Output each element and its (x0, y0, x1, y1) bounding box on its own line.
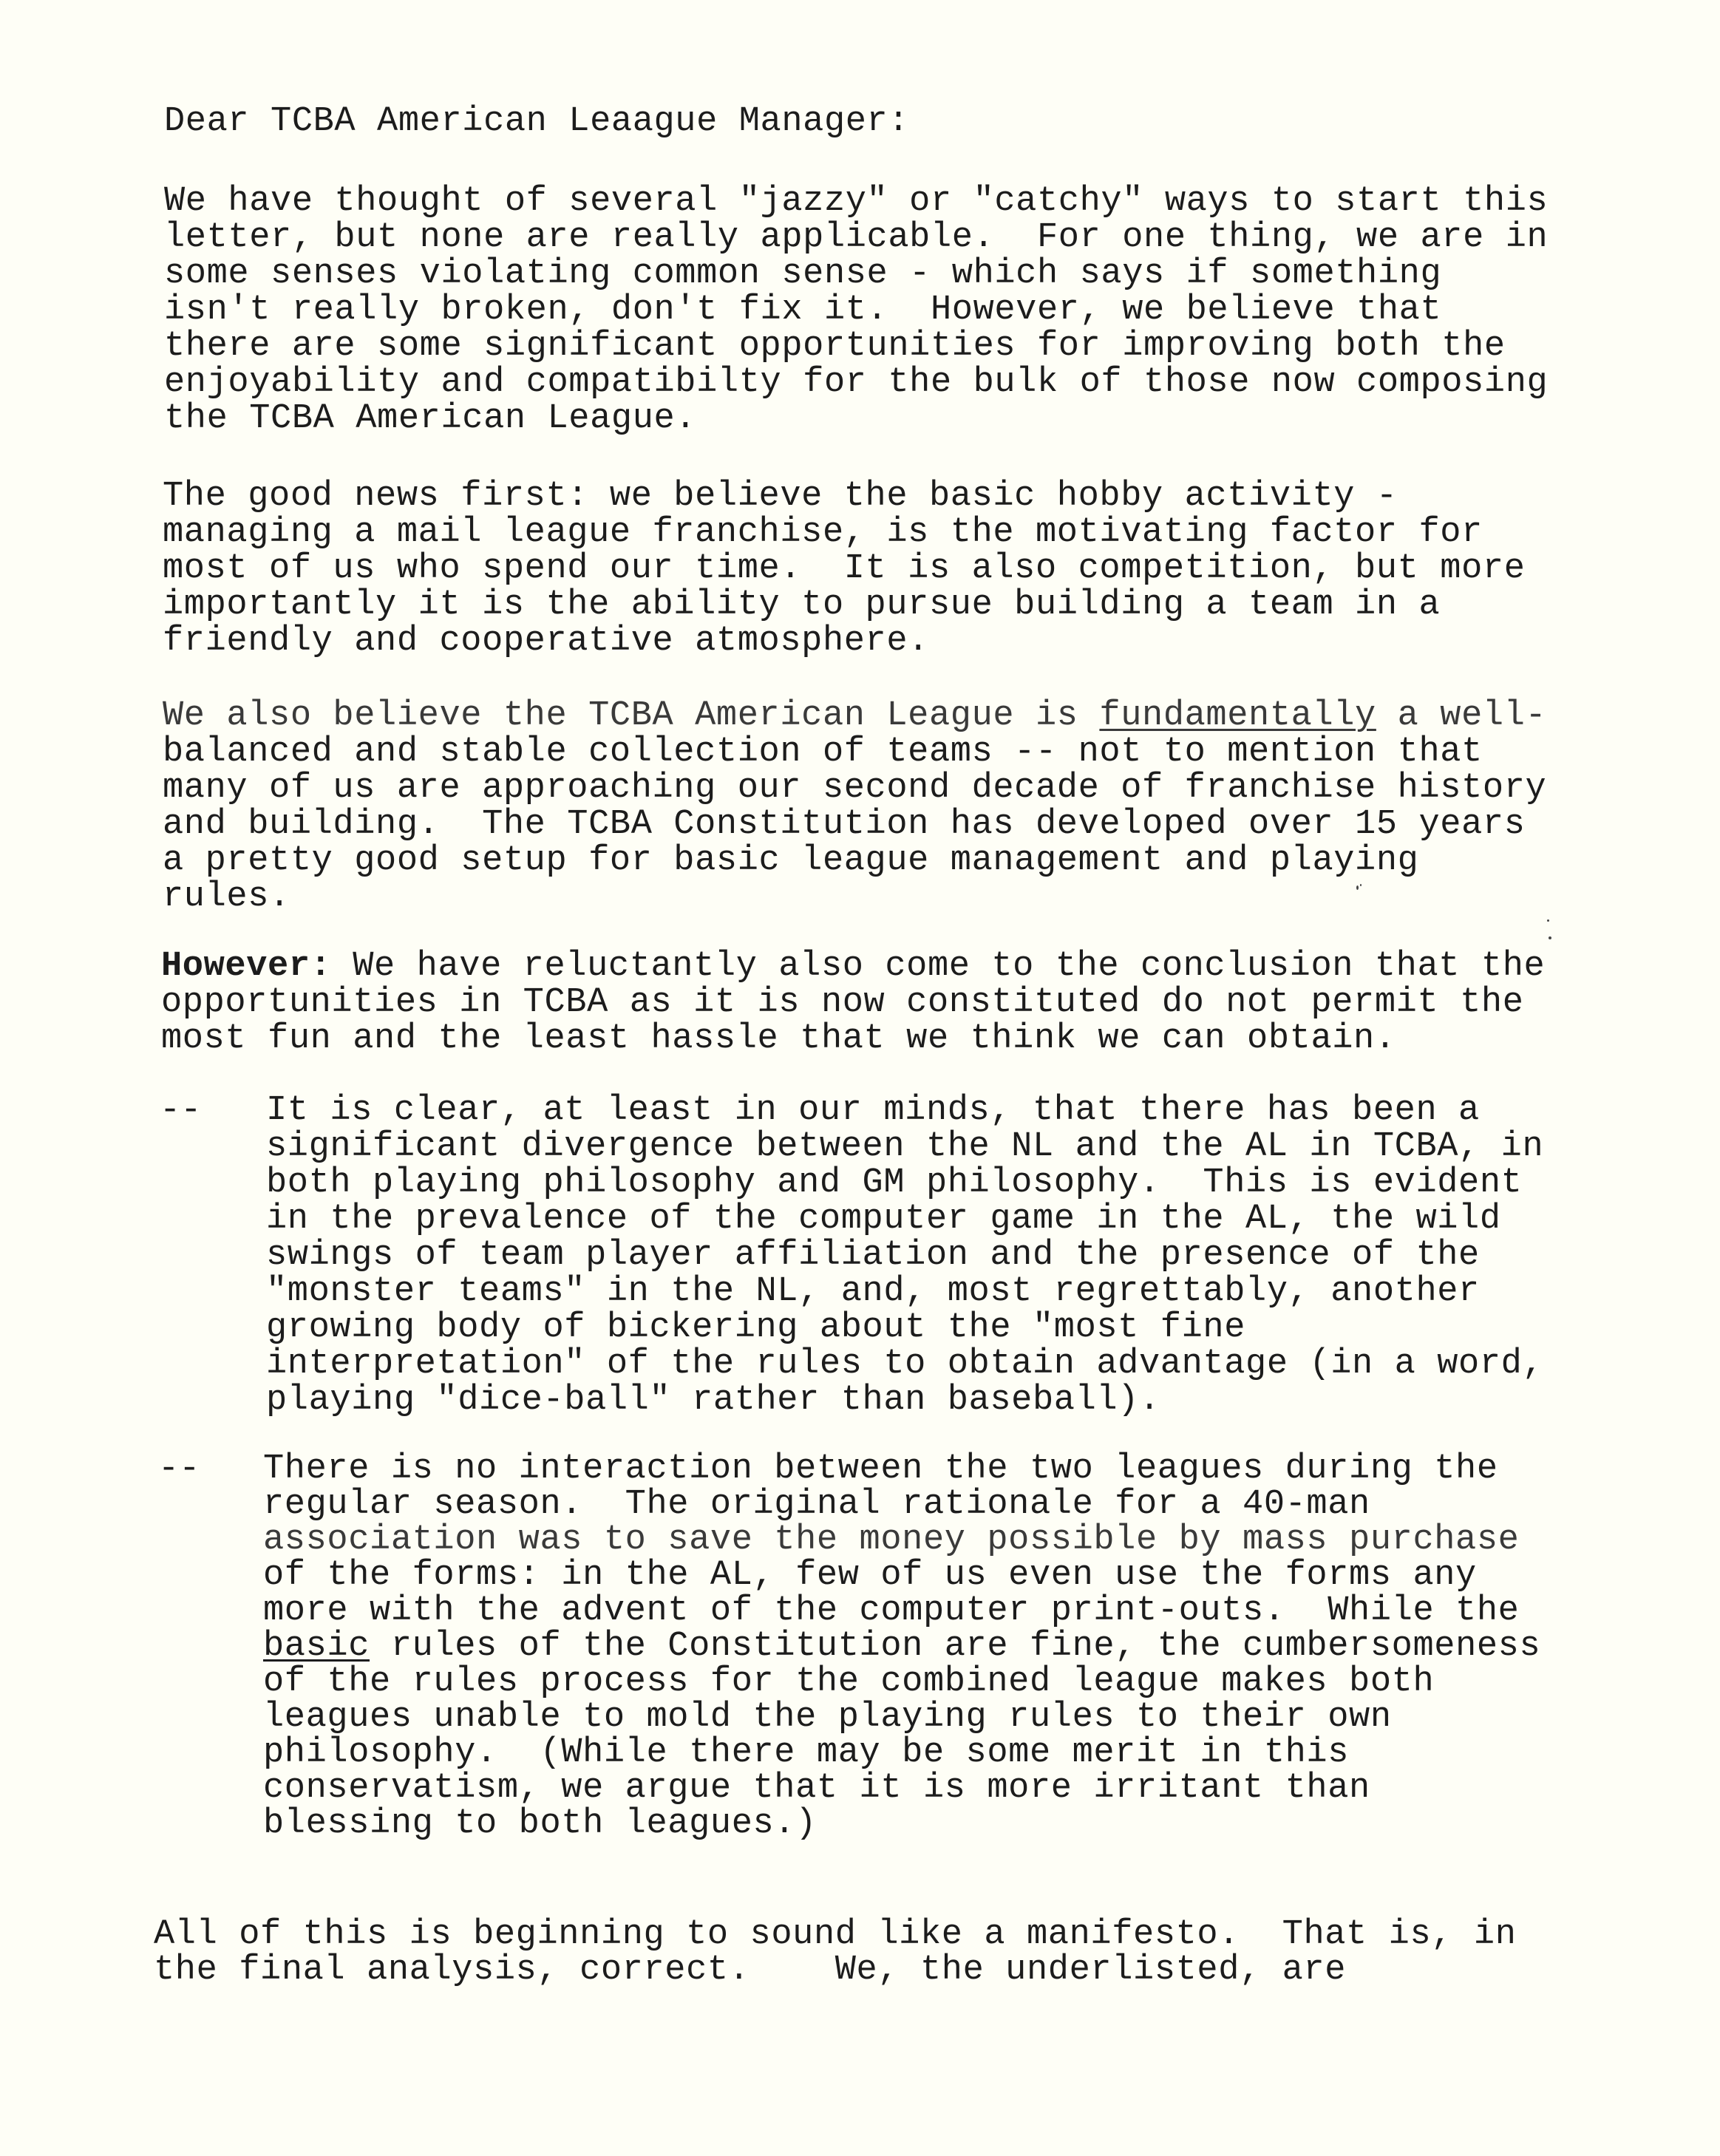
bullet-line: blessing to both leagues.) (263, 1806, 817, 1843)
bullet-line: association was to save the money possib… (263, 1522, 1519, 1559)
bullet-line: of the forms: in the AL, few of us even … (263, 1557, 1477, 1594)
paragraph-line: letter, but none are really applicable. … (164, 220, 1548, 256)
paragraph-line: isn't really broken, don't fix it. Howev… (164, 292, 1441, 329)
bullet-line: conservatism, we argue that it is more i… (263, 1770, 1370, 1807)
bold-lead-word: However: (161, 947, 331, 986)
bullet-line: regular season. The original rationale f… (263, 1486, 1370, 1523)
paragraph-line: a pretty good setup for basic league man… (163, 843, 1418, 880)
text-segment: We also believe the TCBA American League… (163, 696, 1099, 735)
text-segment: rules of the Constitution are fine, the … (370, 1627, 1540, 1666)
paragraph-line: friendly and cooperative atmosphere. (163, 623, 929, 660)
bullet-line: philosophy. (While there may be some mer… (263, 1735, 1349, 1772)
underlined-word: basic (263, 1627, 370, 1666)
scan-speck (1360, 884, 1362, 886)
letter-page: Dear TCBA American Leaague Manager: We h… (0, 0, 1720, 2156)
bullet-line: significant divergence between the NL an… (266, 1129, 1543, 1166)
bullet-line: of the rules process for the combined le… (263, 1664, 1434, 1701)
paragraph-line: balanced and stable collection of teams … (163, 734, 1483, 771)
text-segment: We have reluctantly also come to the con… (331, 947, 1545, 986)
text-segment: a well- (1376, 696, 1546, 735)
paragraph-line: The good news first: we believe the basi… (163, 478, 1398, 515)
scan-speck (1549, 936, 1551, 939)
paragraph-line: the final analysis, correct. We, the und… (154, 1952, 1346, 1989)
bullet-line: It is clear, at least in our minds, that… (266, 1092, 1480, 1129)
paragraph-line: We also believe the TCBA American League… (163, 698, 1546, 735)
paragraph-line: some senses violating common sense - whi… (164, 256, 1441, 293)
paragraph-line: many of us are approaching our second de… (163, 770, 1546, 807)
bullet-line: interpretation" of the rules to obtain a… (266, 1346, 1543, 1383)
bullet-line: both playing philosophy and GM philosoph… (266, 1165, 1522, 1202)
bullet-line: growing body of bickering about the "mos… (266, 1310, 1245, 1347)
paragraph-line: enjoyability and compatibilty for the bu… (164, 364, 1548, 401)
bullet-dash-icon: -- (158, 1451, 200, 1488)
salutation: Dear TCBA American Leaague Manager: (164, 103, 909, 140)
paragraph-line: importantly it is the ability to pursue … (163, 587, 1440, 624)
scan-speck (1356, 885, 1359, 890)
paragraph-line: and building. The TCBA Constitution has … (163, 806, 1526, 843)
bullet-line: leagues unable to mold the playing rules… (263, 1699, 1392, 1736)
bullet-line: swings of team player affiliation and th… (266, 1237, 1480, 1274)
bullet-line: There is no interaction between the two … (263, 1451, 1498, 1488)
paragraph-line: there are some significant opportunities… (164, 328, 1506, 365)
bullet-line: basic rules of the Constitution are fine… (263, 1628, 1540, 1665)
paragraph-line: rules. (163, 879, 290, 916)
paragraph-line: the TCBA American League. (164, 401, 696, 438)
scan-speck (1547, 919, 1549, 922)
bullet-line: more with the advent of the computer pri… (263, 1593, 1519, 1630)
paragraph-line: most of us who spend our time. It is als… (163, 551, 1526, 588)
paragraph-line: All of this is beginning to sound like a… (154, 1917, 1517, 1953)
bullet-line: in the prevalence of the computer game i… (266, 1201, 1501, 1238)
bullet-line: playing "dice-ball" rather than baseball… (266, 1382, 1160, 1419)
bullet-dash-icon: -- (160, 1092, 201, 1129)
paragraph-line: managing a mail league franchise, is the… (163, 514, 1483, 551)
paragraph-line: opportunities in TCBA as it is now const… (161, 985, 1524, 1021)
paragraph-line: most fun and the least hassle that we th… (161, 1021, 1396, 1058)
underlined-word: fundamentally (1099, 696, 1376, 735)
paragraph-line: We have thought of several "jazzy" or "c… (164, 183, 1548, 220)
bullet-line: "monster teams" in the NL, and, most reg… (266, 1273, 1480, 1310)
paragraph-line: However: We have reluctantly also come t… (161, 948, 1545, 985)
